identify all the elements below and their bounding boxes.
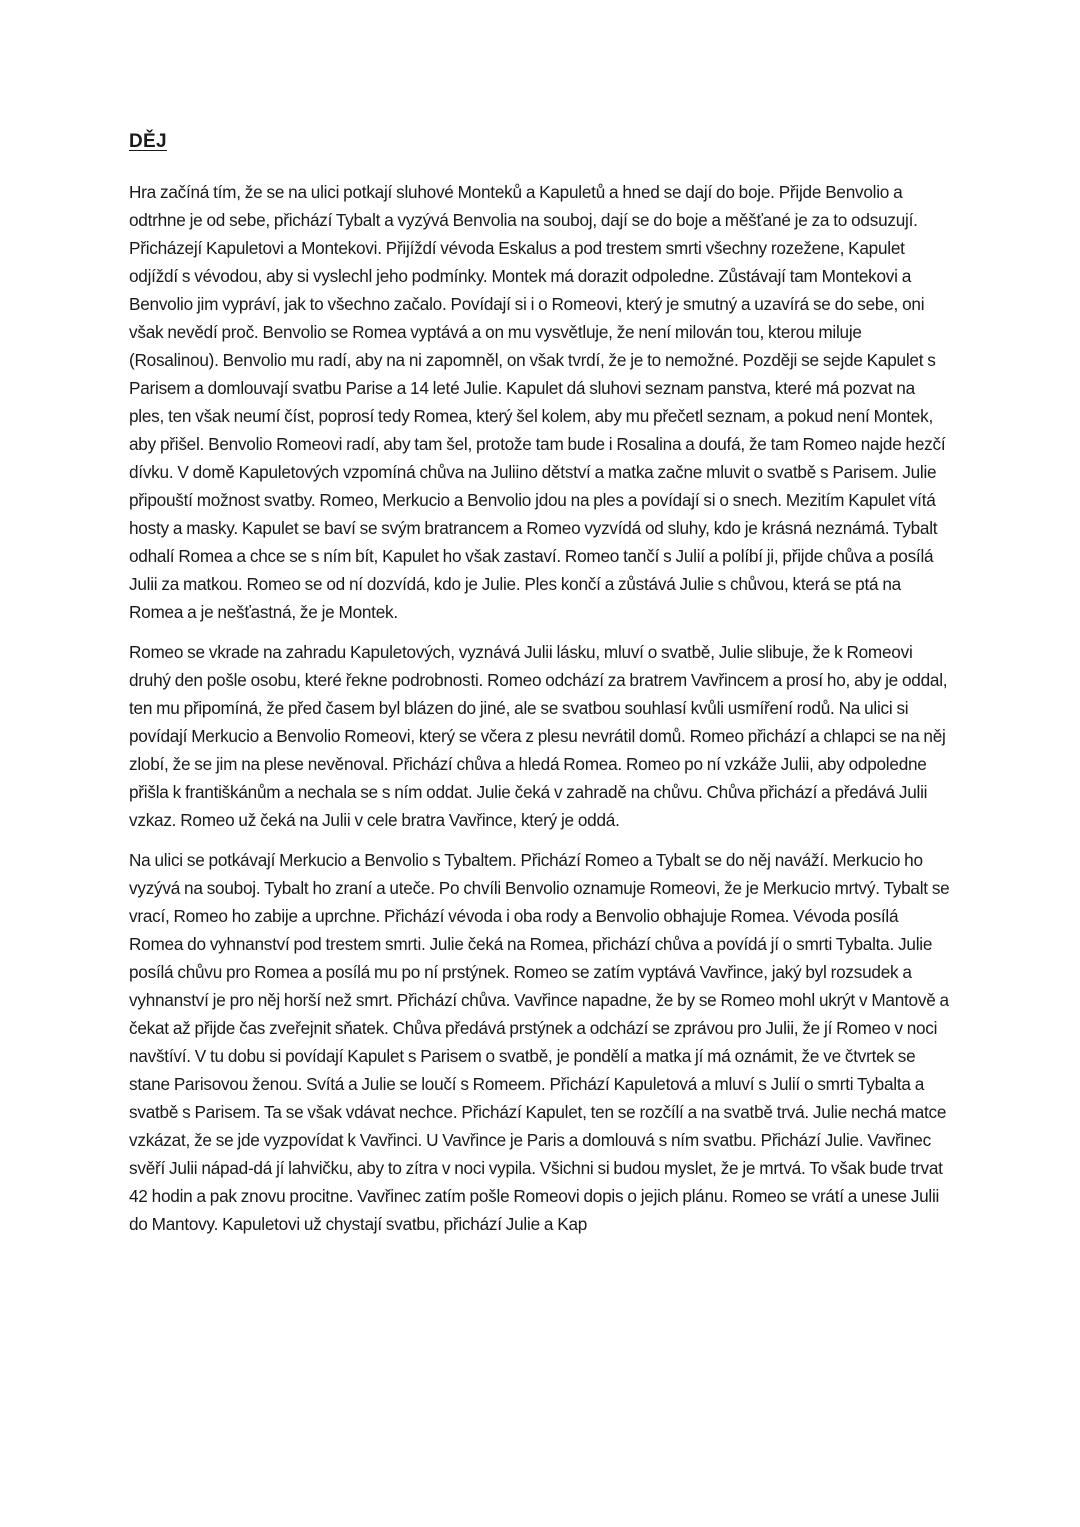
paragraph-3: Na ulici se potkávají Merkucio a Benvoli…	[129, 846, 951, 1238]
document-page: DĚJ Hra začíná tím, že se na ulici potka…	[129, 128, 951, 1250]
section-heading: DĚJ	[129, 128, 951, 156]
paragraph-2: Romeo se vkrade na zahradu Kapuletových,…	[129, 638, 951, 834]
paragraph-1: Hra začíná tím, že se na ulici potkají s…	[129, 178, 951, 626]
